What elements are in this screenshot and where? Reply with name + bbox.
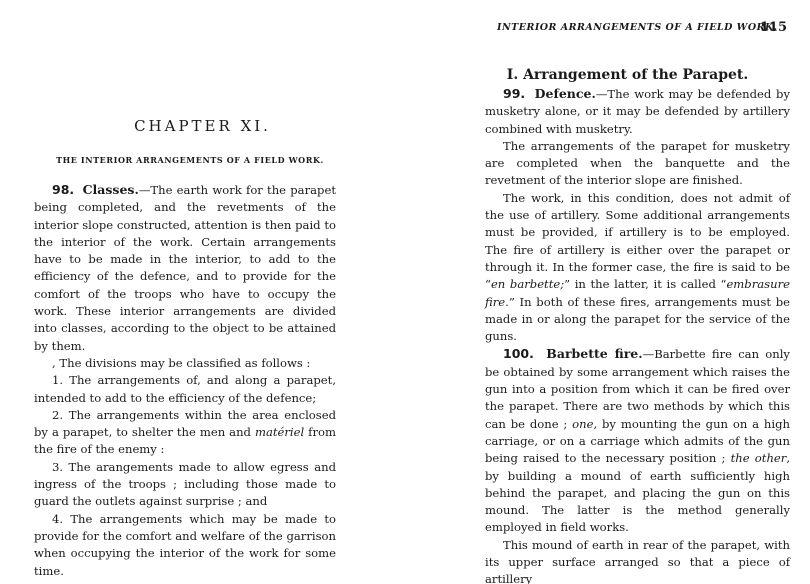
list-item-number: 1. bbox=[52, 373, 63, 387]
list-item: 3. The arangements made to allow egress … bbox=[34, 459, 336, 511]
paragraph-text: ” In both of these fires, arrangements m… bbox=[485, 295, 790, 344]
paragraph-text: —The earth work for the parapet being co… bbox=[34, 183, 336, 353]
section-heading: Classes. bbox=[83, 182, 139, 197]
list-item: 4. The arrangements which may be made to… bbox=[34, 511, 336, 580]
section-number: 100. bbox=[503, 346, 534, 361]
list-item-text: The arangements made to allow egress and… bbox=[34, 460, 336, 509]
left-page-body: 98. Classes.—The earth work for the para… bbox=[34, 181, 336, 580]
paragraph-text: —The work may be defended by musketry al… bbox=[485, 87, 790, 136]
list-item-text: The arrangements which may be made to pr… bbox=[34, 512, 336, 578]
list-item: 1. The arrangements of, and along a para… bbox=[34, 372, 336, 407]
section-heading: Barbette fire. bbox=[546, 346, 642, 361]
italic-term: the other bbox=[731, 451, 787, 465]
list-item-number: 2. bbox=[52, 408, 63, 422]
running-head-title: INTERIOR ARRANGEMENTS OF A FIELD WORK. bbox=[497, 22, 778, 33]
right-page-body: 99. Defence.—The work may be defended by… bbox=[485, 85, 790, 584]
section-number: 99. bbox=[503, 86, 525, 101]
list-item-italic: matériel bbox=[255, 425, 304, 439]
section-title: I. Arrangement of the Parapet. bbox=[405, 67, 810, 83]
running-head: INTERIOR ARRANGEMENTS OF A FIELD WORK. 1… bbox=[497, 22, 787, 33]
page-number: 115 bbox=[760, 20, 787, 35]
paragraph-100: 100. Barbette fire.—Barbette fire can on… bbox=[485, 345, 790, 536]
italic-term: en barbette; bbox=[491, 277, 564, 291]
paragraph-99: 99. Defence.—The work may be defended by… bbox=[485, 85, 790, 138]
paragraph-text: ” in the latter, it is called “ bbox=[564, 277, 726, 291]
list-item: 2. The arrangements within the area encl… bbox=[34, 407, 336, 459]
list-item-text: The arrangements of, and along a parapet… bbox=[34, 373, 336, 404]
chapter-title: CHAPTER XI. bbox=[0, 117, 405, 135]
paragraph-98: 98. Classes.—The earth work for the para… bbox=[34, 181, 336, 355]
paragraph: The work, in this condition, does not ad… bbox=[485, 190, 790, 346]
chapter-subtitle: THE INTERIOR ARRANGEMENTS OF A FIELD WOR… bbox=[40, 155, 340, 165]
list-intro: , The divisions may be classified as fol… bbox=[34, 355, 336, 372]
section-number: 98. bbox=[52, 182, 74, 197]
section-heading: Defence. bbox=[535, 86, 596, 101]
paragraph: The arrangements of the parapet for musk… bbox=[485, 138, 790, 190]
paragraph: This mound of earth in rear of the parap… bbox=[485, 537, 790, 584]
list-item-number: 4. bbox=[52, 512, 63, 526]
italic-term: one bbox=[572, 417, 593, 431]
list-item-number: 3. bbox=[52, 460, 63, 474]
